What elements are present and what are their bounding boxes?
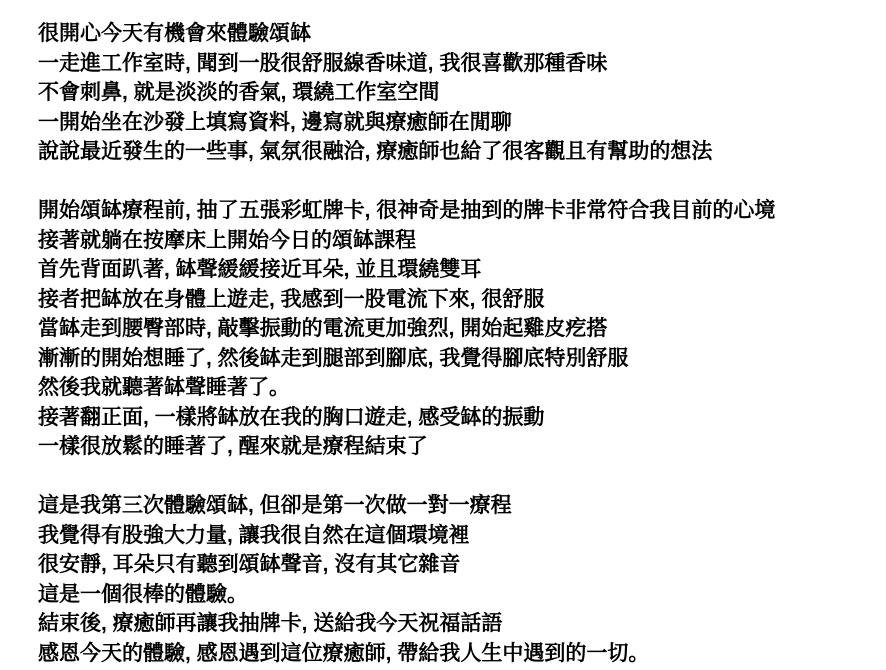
text-line: 說說最近發生的一些事, 氣氛很融洽, 療癒師也給了很客觀且有幫助的想法 — [38, 137, 878, 167]
document-page: 很開心今天有機會來體驗頌缽一走進工作室時, 聞到一股很舒服線香味道, 我很喜歡那… — [0, 0, 886, 670]
text-line: 這是一個很棒的體驗。 — [38, 580, 878, 610]
text-line: 接著就躺在按摩床上開始今日的頌缽課程 — [38, 226, 878, 256]
text-line: 不會刺鼻, 就是淡淡的香氣, 環繞工作室空間 — [38, 78, 878, 108]
text-line: 開始頌缽療程前, 抽了五張彩虹牌卡, 很神奇是抽到的牌卡非常符合我目前的心境 — [38, 196, 878, 226]
text-line: 一樣很放鬆的睡著了, 醒來就是療程結束了 — [38, 432, 878, 462]
text-line: 很開心今天有機會來體驗頌缽 — [38, 19, 878, 49]
text-line: 當缽走到腰臀部時, 敲擊振動的電流更加強烈, 開始起雞皮疙搭 — [38, 314, 878, 344]
text-line: 接著翻正面, 一樣將缽放在我的胸口遊走, 感受缽的振動 — [38, 403, 878, 433]
text-line: 這是我第三次體驗頌缽, 但卻是第一次做一對一療程 — [38, 491, 878, 521]
text-line: 很安靜, 耳朵只有聽到頌缽聲音, 沒有其它雜音 — [38, 550, 878, 580]
text-line: 首先背面趴著, 缽聲緩緩接近耳朵, 並且環繞雙耳 — [38, 255, 878, 285]
paragraph: 這是我第三次體驗頌缽, 但卻是第一次做一對一療程我覺得有股強大力量, 讓我很自然… — [38, 491, 878, 668]
text-line: 一開始坐在沙發上填寫資料, 邊寫就與療癒師在閒聊 — [38, 108, 878, 138]
paragraph: 開始頌缽療程前, 抽了五張彩虹牌卡, 很神奇是抽到的牌卡非常符合我目前的心境接著… — [38, 196, 878, 462]
text-line: 然後我就聽著缽聲睡著了。 — [38, 373, 878, 403]
paragraph: 很開心今天有機會來體驗頌缽一走進工作室時, 聞到一股很舒服線香味道, 我很喜歡那… — [38, 19, 878, 167]
text-line: 我覺得有股強大力量, 讓我很自然在這個環境裡 — [38, 521, 878, 551]
review-text-body: 很開心今天有機會來體驗頌缽一走進工作室時, 聞到一股很舒服線香味道, 我很喜歡那… — [38, 19, 878, 668]
text-line: 漸漸的開始想睡了, 然後缽走到腿部到腳底, 我覺得腳底特別舒服 — [38, 344, 878, 374]
text-line: 結束後, 療癒師再讓我抽牌卡, 送給我今天祝福話語 — [38, 609, 878, 639]
text-line: 感恩今天的體驗, 感恩遇到這位療癒師, 帶給我人生中遇到的一切。 — [38, 639, 878, 669]
text-line: 接者把缽放在身體上遊走, 我感到一股電流下來, 很舒服 — [38, 285, 878, 315]
text-line: 一走進工作室時, 聞到一股很舒服線香味道, 我很喜歡那種香味 — [38, 49, 878, 79]
